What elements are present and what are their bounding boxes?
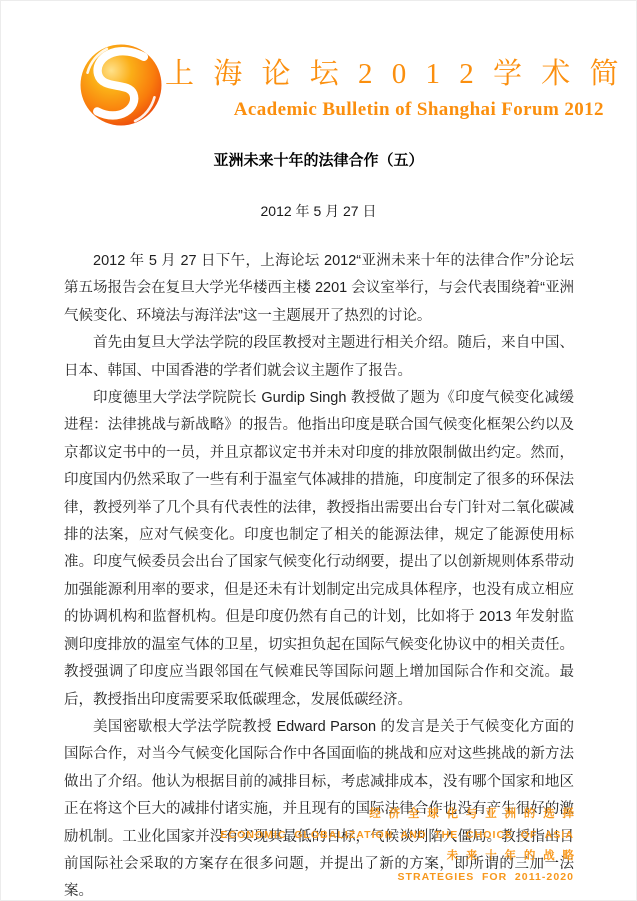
bulletin-page: 上 海 论 坛 2 0 1 2 学 术 简 报 Academic Bulleti… bbox=[0, 0, 637, 901]
bulletin-titles: 上 海 论 坛 2 0 1 2 学 术 简 报 Academic Bulleti… bbox=[165, 41, 637, 121]
article-date: 2012 年 5 月 27 日 bbox=[1, 201, 636, 221]
paragraph-1: 2012 年 5 月 27 日下午，上海论坛 2012“亚洲未来十年的法律合作”… bbox=[64, 248, 574, 330]
bulletin-footer: 经济全球化与亚洲的选择 ECONOMIC GLOBALIZATION AND T… bbox=[220, 804, 574, 888]
shanghai-forum-logo-icon bbox=[77, 41, 165, 129]
paragraph-2: 首先由复旦大学法学院的段匡教授对主题进行相关介绍。随后，来自中国、日本、韩国、中… bbox=[64, 330, 574, 385]
bulletin-title-chinese: 上 海 论 坛 2 0 1 2 学 术 简 报 bbox=[165, 51, 637, 92]
footer-slogan-cn-1: 经济全球化与亚洲的选择 bbox=[220, 804, 581, 825]
paragraph-3: 印度德里大学法学院院长 Gurdip Singh 教授做了题为《印度气候变化减缓… bbox=[64, 385, 574, 714]
bulletin-header: 上 海 论 坛 2 0 1 2 学 术 简 报 Academic Bulleti… bbox=[77, 41, 578, 129]
article-heading: 亚洲未来十年的法律合作（五） bbox=[1, 149, 636, 170]
footer-slogan-en-1: ECONOMIC GLOBALIZATION AND THE CHOICE OF… bbox=[220, 825, 574, 846]
footer-slogan-cn-2: 未来十年的战略 bbox=[220, 846, 581, 867]
bulletin-title-english: Academic Bulletin of Shanghai Forum 2012 bbox=[165, 99, 637, 121]
footer-slogan-en-2: STRATEGIES FOR 2011-2020 bbox=[220, 867, 574, 888]
